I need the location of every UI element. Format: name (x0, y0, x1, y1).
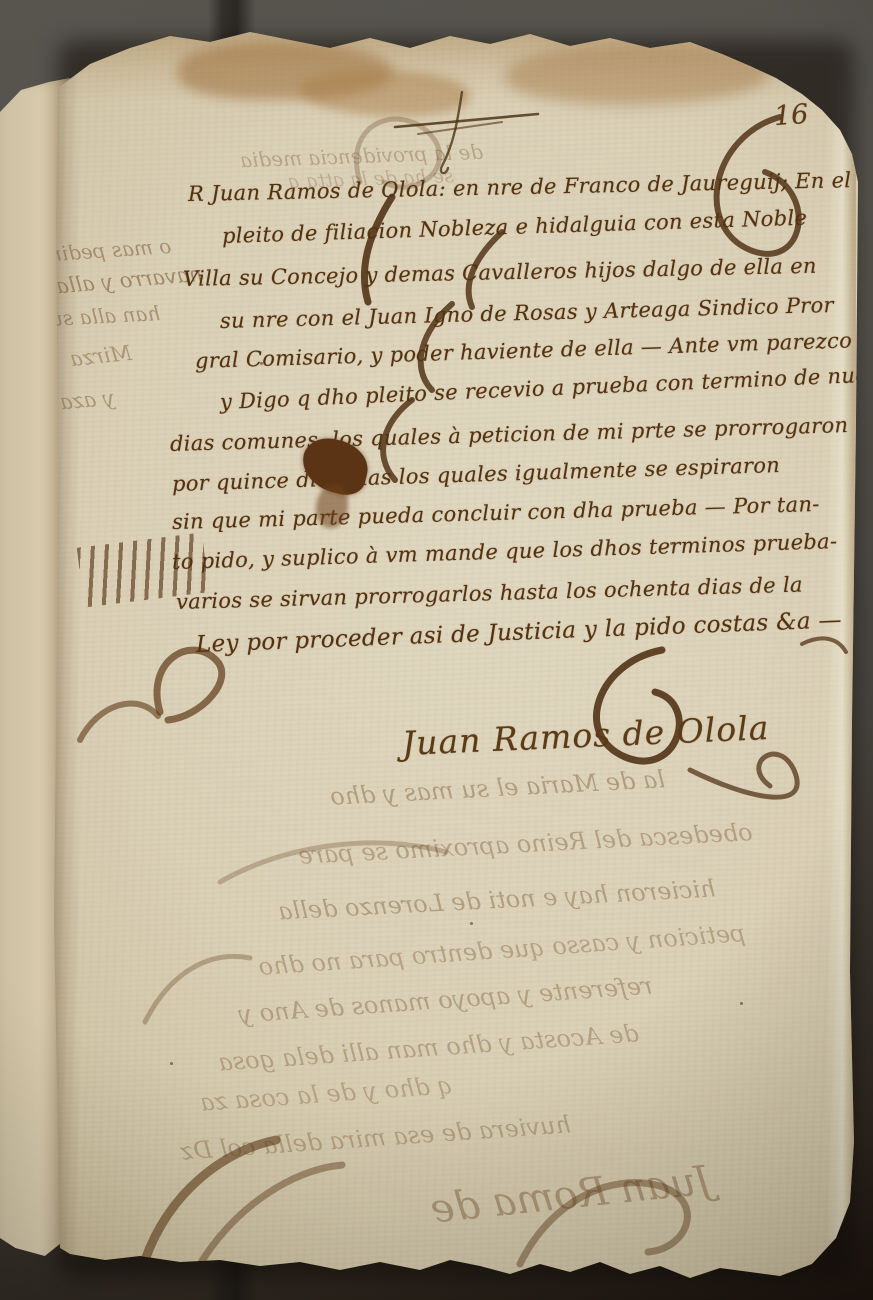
bleedthrough-line: la de Maria el su mas y dho (329, 765, 665, 811)
ink-speck (470, 922, 473, 925)
manuscript-page: de la providencia media se ha de la atta… (50, 22, 862, 1290)
manuscript-line: Villa su Concejo y demas Cavalleros hijo… (183, 254, 817, 291)
manuscript-line: varios se sirvan prorrogarlos hasta los … (176, 572, 803, 613)
manuscript-line: to pido, y suplico à vm mande que los dh… (172, 529, 838, 574)
bleedthrough-line: obedesca del Reino aproximo se pare (298, 818, 754, 870)
manuscript-line: gral Comisario, y poder haviente de ella… (195, 328, 853, 373)
bleedthrough-line: referente y apoyo manos de Ano y (238, 972, 654, 1029)
ink-speck (740, 1002, 743, 1005)
folio-number: 16 (773, 99, 809, 132)
bleedthrough-line: de Acosta y dho man alli dela gosa (218, 1019, 640, 1076)
bleedthrough-line: huviera de esa mira della col Dz (179, 1110, 571, 1165)
signature: Juan Ramos de Olola (401, 708, 770, 763)
manuscript-line: sin que mi parte pueda concluir con dha … (172, 492, 820, 534)
manuscript-line: pleito de filiacion Nobleza e hidalguia … (222, 206, 808, 248)
page-right-edge (826, 92, 856, 1242)
bleedthrough-signature: Juan Roma de (428, 1157, 713, 1232)
manuscript-line: R Juan Ramos de Olola: en nre de Franco … (188, 168, 852, 206)
manuscript-photograph: de la providencia media se ha de la atta… (0, 0, 873, 1300)
bleedthrough-line: peticion y casso que dentro para no dho (258, 919, 747, 981)
stain-patch (300, 70, 470, 116)
manuscript-line: por quince dias mas los quales igualment… (172, 453, 781, 496)
bleedthrough-line: hicieron hay e noti de Lorenzo della (278, 875, 717, 926)
manuscript-line: Ley por proceder asi de Justicia y la pi… (196, 607, 843, 658)
manuscript-line: su nre con el Juan Igno de Rosas y Artea… (220, 293, 834, 333)
bleedthrough-line: de la providencia media (240, 140, 484, 172)
bleedthrough-line: q dho y de la cosa za (199, 1071, 453, 1117)
manuscript-line: dias comunes, los quales à peticion de m… (170, 413, 849, 456)
manuscript-line: y Digo q dho pleito se recevio a prueba … (219, 362, 873, 414)
ink-speck (170, 1062, 173, 1065)
